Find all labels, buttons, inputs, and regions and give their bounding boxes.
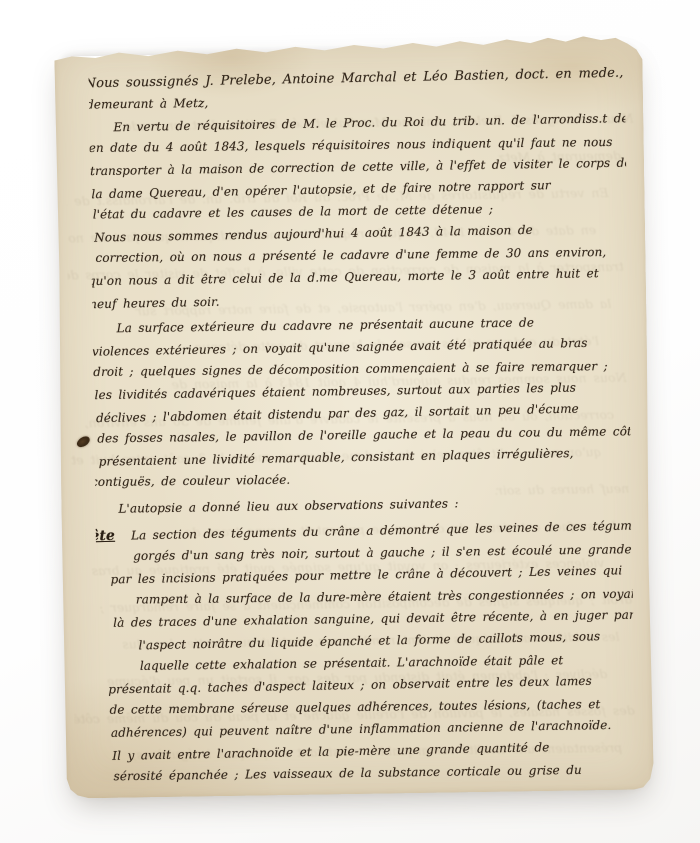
manuscript-line-text: de cette membrane séreuse quelques adhér…: [109, 697, 600, 717]
manuscript-line-text: La surface extérieure du cadavre ne prés…: [116, 316, 534, 336]
manuscript-page: Nous soussignés J. Prelebe, Antoine Marc…: [54, 35, 654, 798]
manuscript-line-text: sérosité épanchée ; Les vaisseaux de la …: [114, 763, 582, 783]
manuscript-line-text: rampent à la surface de la dure-mère éta…: [136, 586, 636, 606]
manuscript-line-text: droit ; quelques signes de décomposition…: [93, 359, 608, 379]
section-heading-tete: tête: [89, 525, 116, 548]
manuscript-line-text: neuf heures du soir.: [89, 295, 220, 312]
paper-hole: [75, 434, 92, 449]
manuscript-line-text: laquelle cette exhalation se présentait.…: [140, 653, 564, 673]
manuscript-line-text: correction, où on nous a présenté le cad…: [95, 245, 606, 265]
manuscript-line-text: présentaient une lividité remarquable, c…: [99, 446, 574, 468]
manuscript-line-text: L'autopsie a donné lieu aux observations…: [118, 496, 458, 515]
manuscript-line-text: contiguës, de couleur violacée.: [91, 473, 290, 489]
manuscript-line-text: présentait q.q. taches d'aspect laiteux …: [108, 674, 592, 697]
manuscript-line-text: Nous nous sommes rendus aujourd'hui 4 ao…: [94, 223, 533, 245]
manuscript-text: Nous soussignés J. Prelebe, Antoine Marc…: [89, 64, 636, 792]
manuscript-line-text: en date du 4 août 1843, lesquels réquisi…: [89, 135, 613, 155]
photograph-background: Nous soussignés J. Prelebe, Antoine Marc…: [0, 0, 700, 843]
manuscript-line-text: demeurant à Metz,: [89, 96, 209, 112]
manuscript-line-text: l'état du cadavre et les causes de la mo…: [93, 202, 493, 221]
